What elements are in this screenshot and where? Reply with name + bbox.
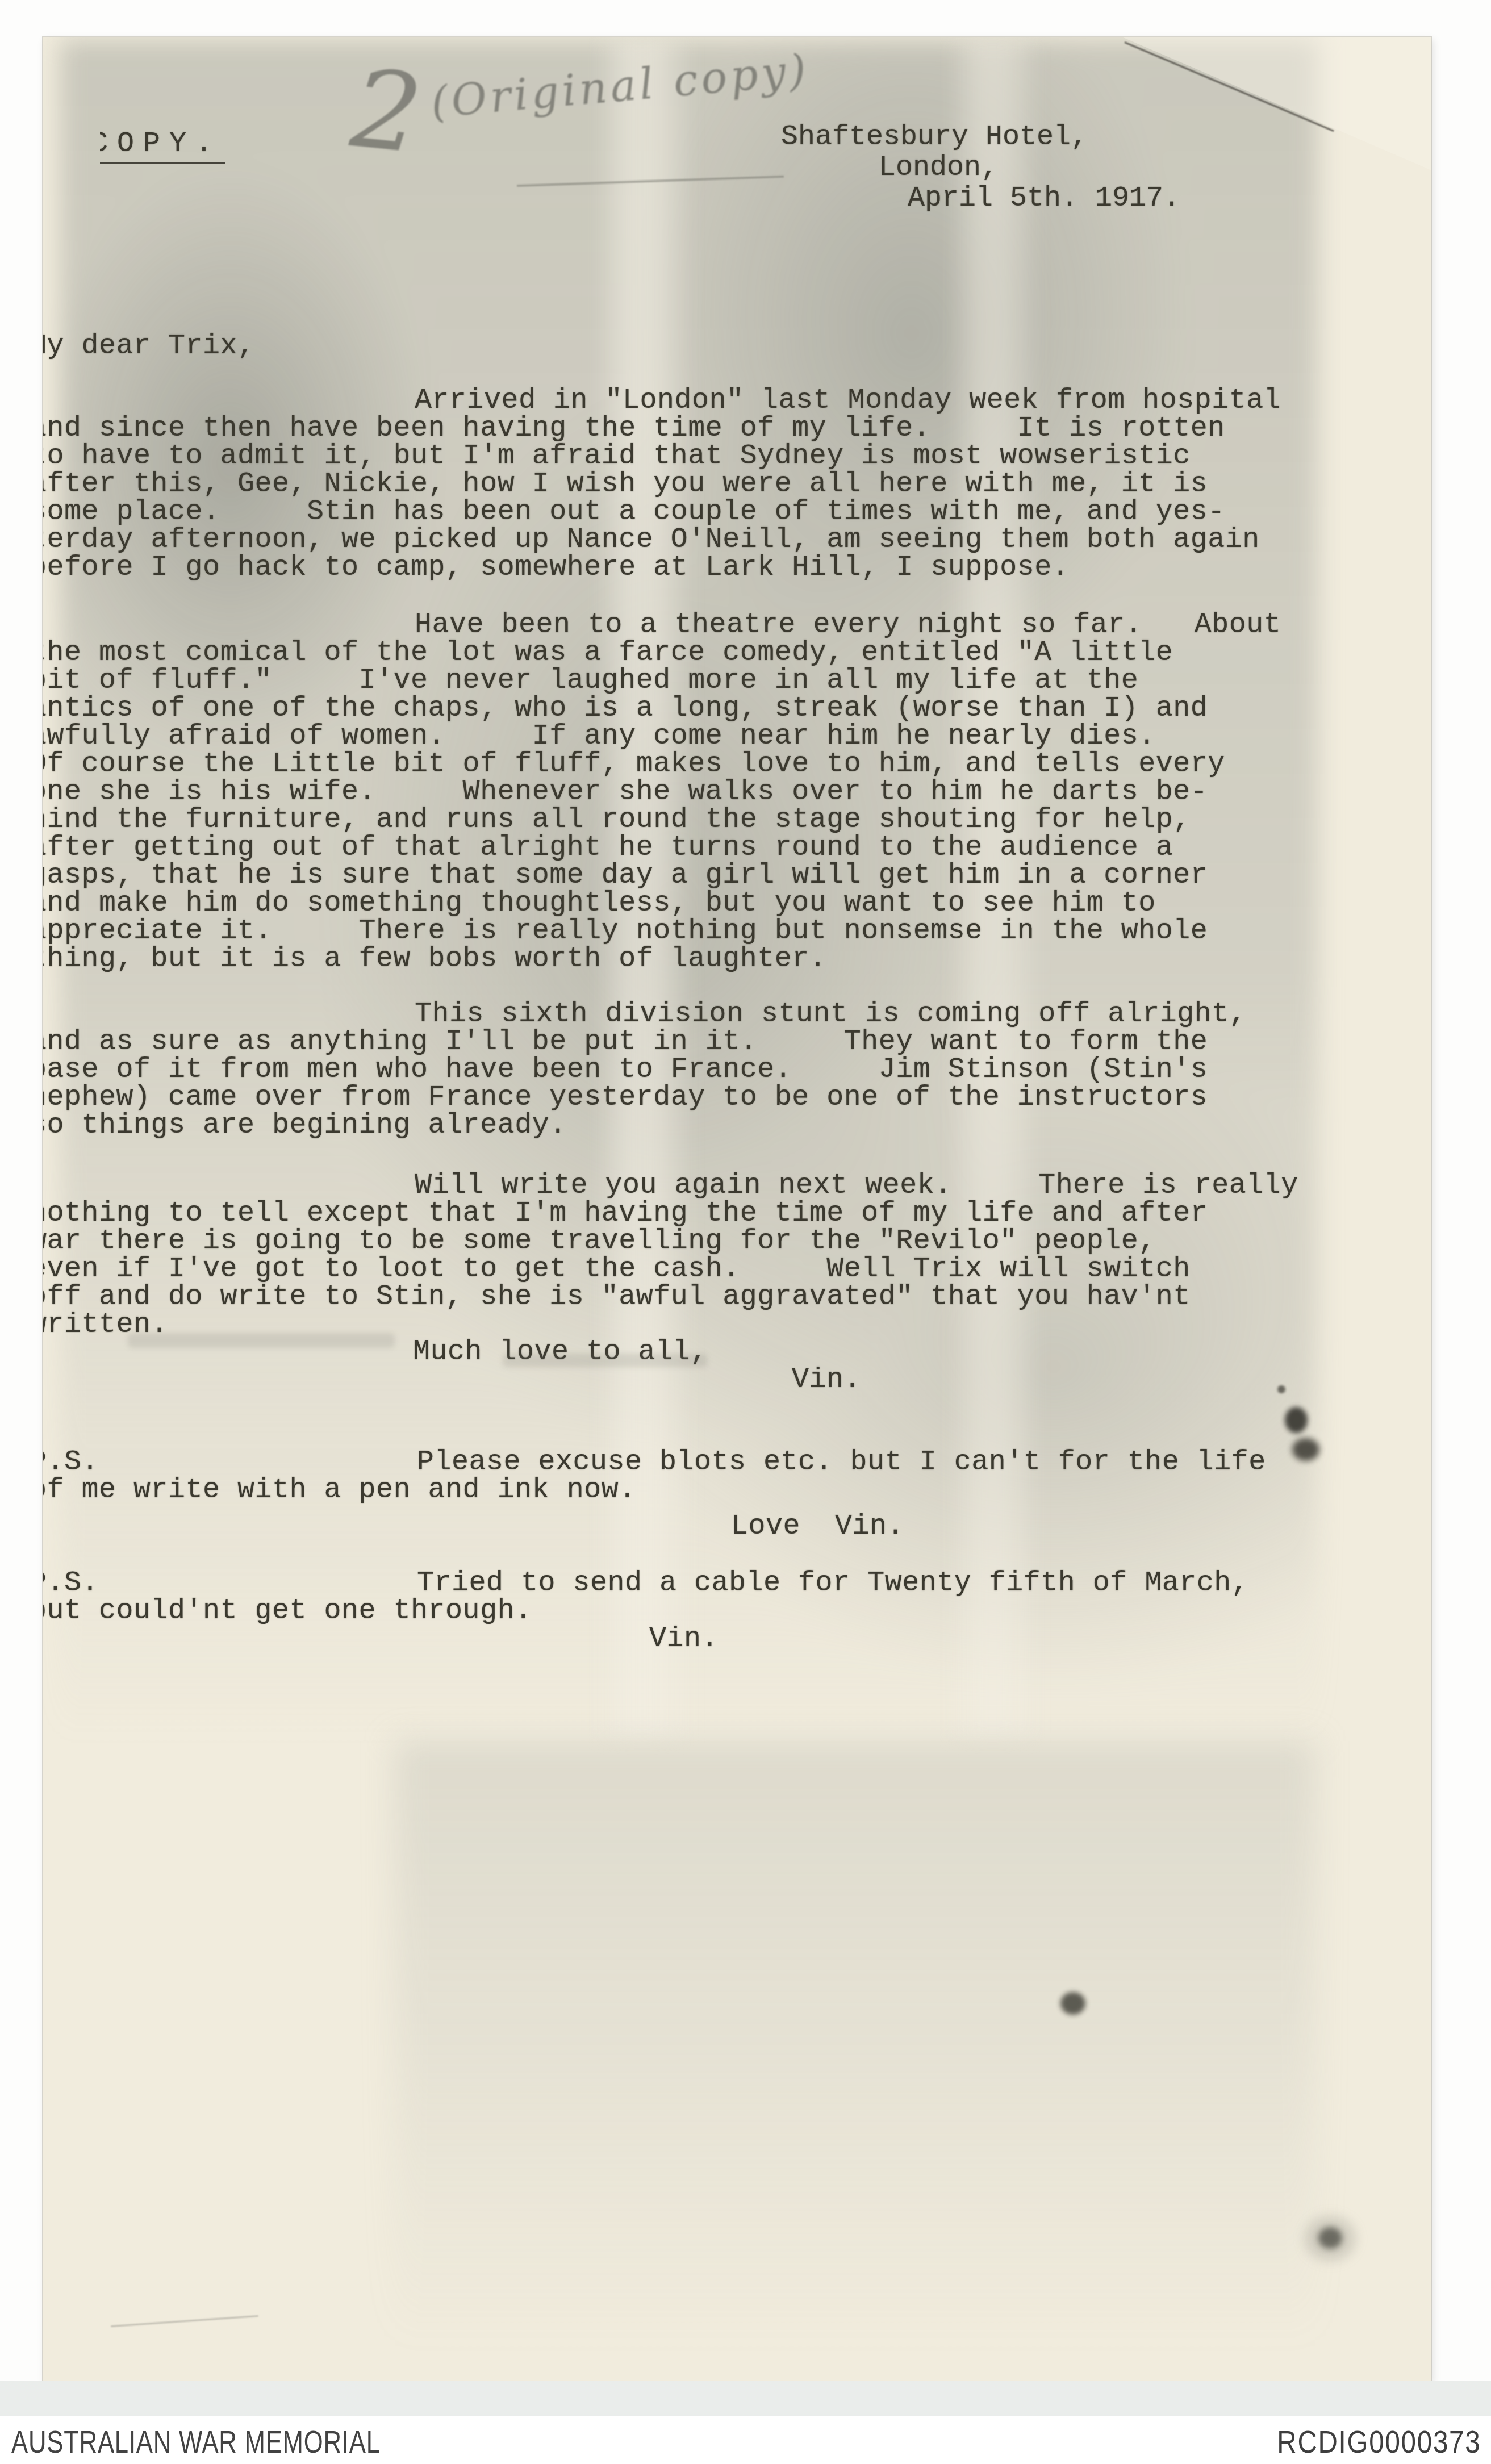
ink-blot: [1060, 1992, 1085, 2015]
letter-line: some place. Stin has been out a couple o…: [43, 498, 1431, 526]
scan-viewer: 2(Original copy) COPY. Shaftesbury Hotel…: [0, 0, 1491, 2464]
ghost-print-mark: [503, 1354, 707, 1367]
letter-paragraph: Will write you again next week. There is…: [43, 1172, 1431, 1339]
letter-line: This sixth division stunt is coming off …: [415, 1000, 1431, 1028]
postscript-line: P.S.Tried to send a cable for Twenty fif…: [43, 1569, 1431, 1597]
letter-line: and make him do something thoughtless, b…: [43, 889, 1431, 917]
signature: Love Vin.: [731, 1513, 1431, 1540]
letter-line: one she is his wife. Whenever she walks …: [43, 778, 1431, 806]
letter-line: even if I've got to loot to get the cash…: [43, 1255, 1431, 1283]
letter-document: 2(Original copy) COPY. Shaftesbury Hotel…: [43, 37, 1431, 2381]
letter-paragraph: Have been to a theatre every night so fa…: [43, 611, 1431, 973]
scanner-band: [0, 2381, 1491, 2416]
letter-line: off and do write to Stin, she is "awful …: [43, 1283, 1431, 1311]
letter-line: and as sure as anything I'll be put in i…: [43, 1028, 1431, 1056]
letter-line: to have to admit it, but I'm afraid that…: [43, 442, 1431, 470]
postscript-text: Please excuse blots etc. but I can't for…: [417, 1448, 1266, 1476]
letter-line: hind the furniture, and runs all round t…: [43, 806, 1431, 834]
letter-paragraph: This sixth division stunt is coming off …: [43, 1000, 1431, 1139]
letter-line: antics of one of the chaps, who is a lon…: [43, 695, 1431, 723]
letter-line: Of course the Little bit of fluff, makes…: [43, 750, 1431, 778]
letter-line: nephew) came over from France yesterday …: [43, 1084, 1431, 1112]
letter-line: bit of fluff." I've never laughed more i…: [43, 667, 1431, 695]
ink-blot: [1277, 1385, 1285, 1393]
postscript-line: P.S.Please excuse blots etc. but I can't…: [43, 1448, 1431, 1476]
signature: Vin.: [792, 1366, 1431, 1394]
letter-body: My dear Trix, Arrived in "London" last M…: [43, 37, 1431, 2381]
ink-blot: [1292, 1438, 1319, 1461]
letter-paragraph: Arrived in "London" last Monday week fro…: [43, 387, 1431, 582]
letter-line: so things are begining already.: [43, 1112, 1431, 1139]
signature: Vin.: [649, 1625, 1431, 1653]
letter-line: Will write you again next week. There is…: [415, 1172, 1431, 1200]
archive-name-label: AUSTRALIAN WAR MEMORIAL: [11, 2423, 381, 2460]
letter-line: war there is going to be some travelling…: [43, 1227, 1431, 1255]
letter-line: the most comical of the lot was a farce …: [43, 639, 1431, 667]
postscript-text: Tried to send a cable for Twenty fifth o…: [417, 1569, 1248, 1597]
letter-line: base of it from men who have been to Fra…: [43, 1056, 1431, 1084]
salutation: My dear Trix,: [43, 332, 1431, 360]
letter-line: after getting out of that alright he tur…: [43, 834, 1431, 862]
letter-line: after this, Gee, Nickie, how I wish you …: [43, 470, 1431, 498]
letter-line: terday afternoon, we picked up Nance O'N…: [43, 526, 1431, 554]
letter-line: Arrived in "London" last Monday week fro…: [415, 387, 1431, 415]
letter-line: appreciate it. There is really nothing b…: [43, 917, 1431, 945]
postscript: P.S.Tried to send a cable for Twenty fif…: [43, 1569, 1431, 1653]
ink-blot: [1285, 1407, 1308, 1433]
letter-line: and since then have been having the time…: [43, 415, 1431, 442]
letter-line: Have been to a theatre every night so fa…: [415, 611, 1431, 639]
letter-line: before I go hack to camp, somewhere at L…: [43, 554, 1431, 582]
postscript-line: but could'nt get one through.: [43, 1597, 1431, 1625]
ghost-print-mark: [128, 1333, 395, 1348]
letter-line: thing, but it is a few bobs worth of lau…: [43, 945, 1431, 973]
salutation-line: My dear Trix,: [43, 332, 1431, 360]
archive-item-id: RCDIG0000373: [1277, 2423, 1481, 2460]
letter-line: nothing to tell except that I'm having t…: [43, 1200, 1431, 1227]
postscript-line: of me write with a pen and ink now.: [43, 1476, 1431, 1504]
postscript: P.S.Please excuse blots etc. but I can't…: [43, 1448, 1431, 1540]
letter-line: gasps, that he is sure that some day a g…: [43, 862, 1431, 889]
ink-blot: [1318, 2227, 1342, 2249]
letter-line: awfully afraid of women. If any come nea…: [43, 723, 1431, 750]
